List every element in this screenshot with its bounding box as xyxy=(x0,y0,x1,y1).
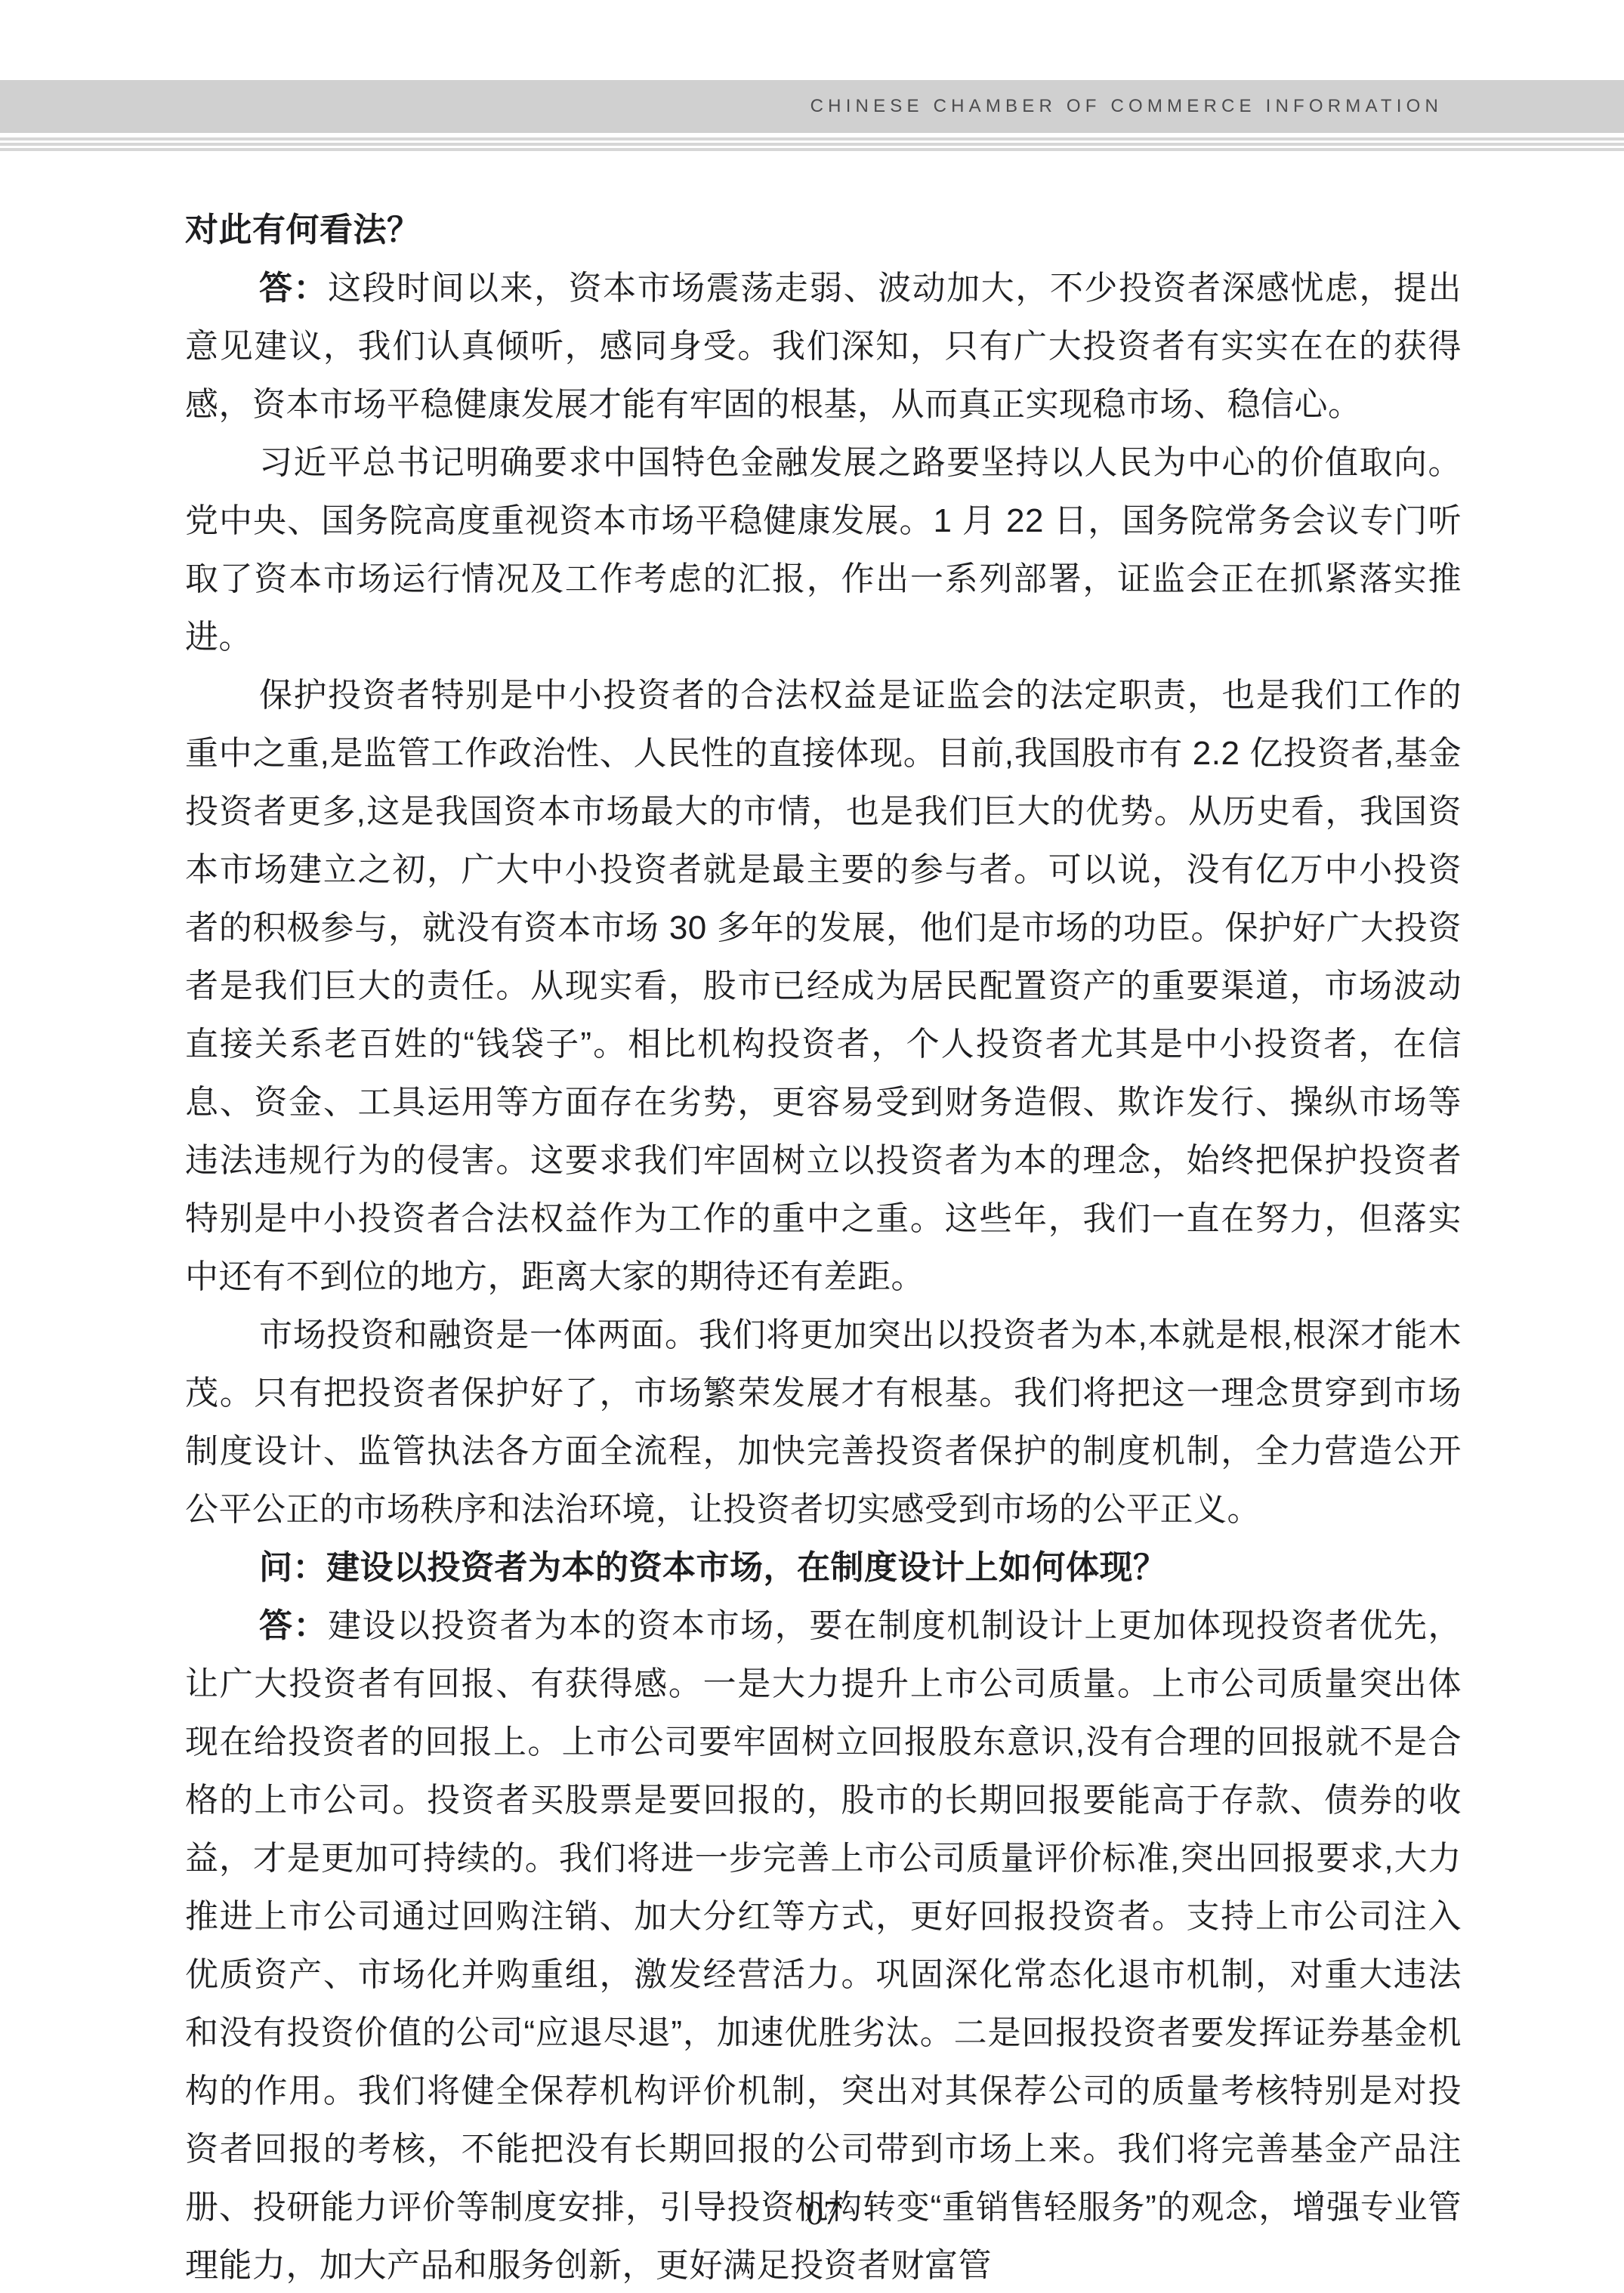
article-body: 对此有何看法？ 答：这段时间以来，资本市场震荡走弱、波动加大，不少投资者深感忧虑… xyxy=(185,201,1462,2293)
bold-text-segment: 问：建设以投资者为本的资本市场，在制度设计上如何体现？ xyxy=(259,1549,1167,1586)
text-segment: 市场投资和融资是一体两面。我们将更加突出以投资者为本,本就是根,根深才能木茂。只… xyxy=(185,1316,1462,1528)
divider-line xyxy=(0,148,1624,151)
paragraph: 市场投资和融资是一体两面。我们将更加突出以投资者为本,本就是根,根深才能木茂。只… xyxy=(185,1306,1462,1538)
text-segment: 建设以投资者为本的资本市场，要在制度机制设计上更加体现投资者优先，让广大投资者有… xyxy=(185,1607,1462,2284)
magazine-page: CHINESE CHAMBER OF COMMERCE INFORMATION … xyxy=(0,0,1624,2293)
section-question-title: 对此有何看法？ xyxy=(185,201,1462,259)
paragraph: 答：建设以投资者为本的资本市场，要在制度机制设计上更加体现投资者优先，让广大投资… xyxy=(185,1597,1462,2293)
text-segment: 这段时间以来，资本市场震荡走弱、波动加大，不少投资者深感忧虑，提出意见建议，我们… xyxy=(185,270,1462,423)
text-segment: 习近平总书记明确要求中国特色金融发展之路要坚持以人民为中心的价值取向。党中央、国… xyxy=(185,444,1462,656)
text-segment: 保护投资者特别是中小投资者的合法权益是证监会的法定职责，也是我们工作的重中之重,… xyxy=(185,677,1462,1295)
divider-line xyxy=(0,143,1624,146)
header-band-text: CHINESE CHAMBER OF COMMERCE INFORMATION xyxy=(810,96,1443,117)
bold-text-segment: 答： xyxy=(259,270,328,307)
bold-text-segment: 答： xyxy=(259,1607,328,1644)
divider-line xyxy=(0,137,1624,140)
paragraph: 保护投资者特别是中小投资者的合法权益是证监会的法定职责，也是我们工作的重中之重,… xyxy=(185,666,1462,1306)
paragraph: 答：这段时间以来，资本市场震荡走弱、波动加大，不少投资者深感忧虑，提出意见建议，… xyxy=(185,259,1462,434)
header-divider-lines xyxy=(0,137,1624,153)
header-band: CHINESE CHAMBER OF COMMERCE INFORMATION xyxy=(0,80,1624,133)
paragraph: 问：建设以投资者为本的资本市场，在制度设计上如何体现？ xyxy=(185,1538,1462,1597)
page-number: 07 xyxy=(185,2193,1462,2233)
paragraph: 习近平总书记明确要求中国特色金融发展之路要坚持以人民为中心的价值取向。党中央、国… xyxy=(185,434,1462,666)
